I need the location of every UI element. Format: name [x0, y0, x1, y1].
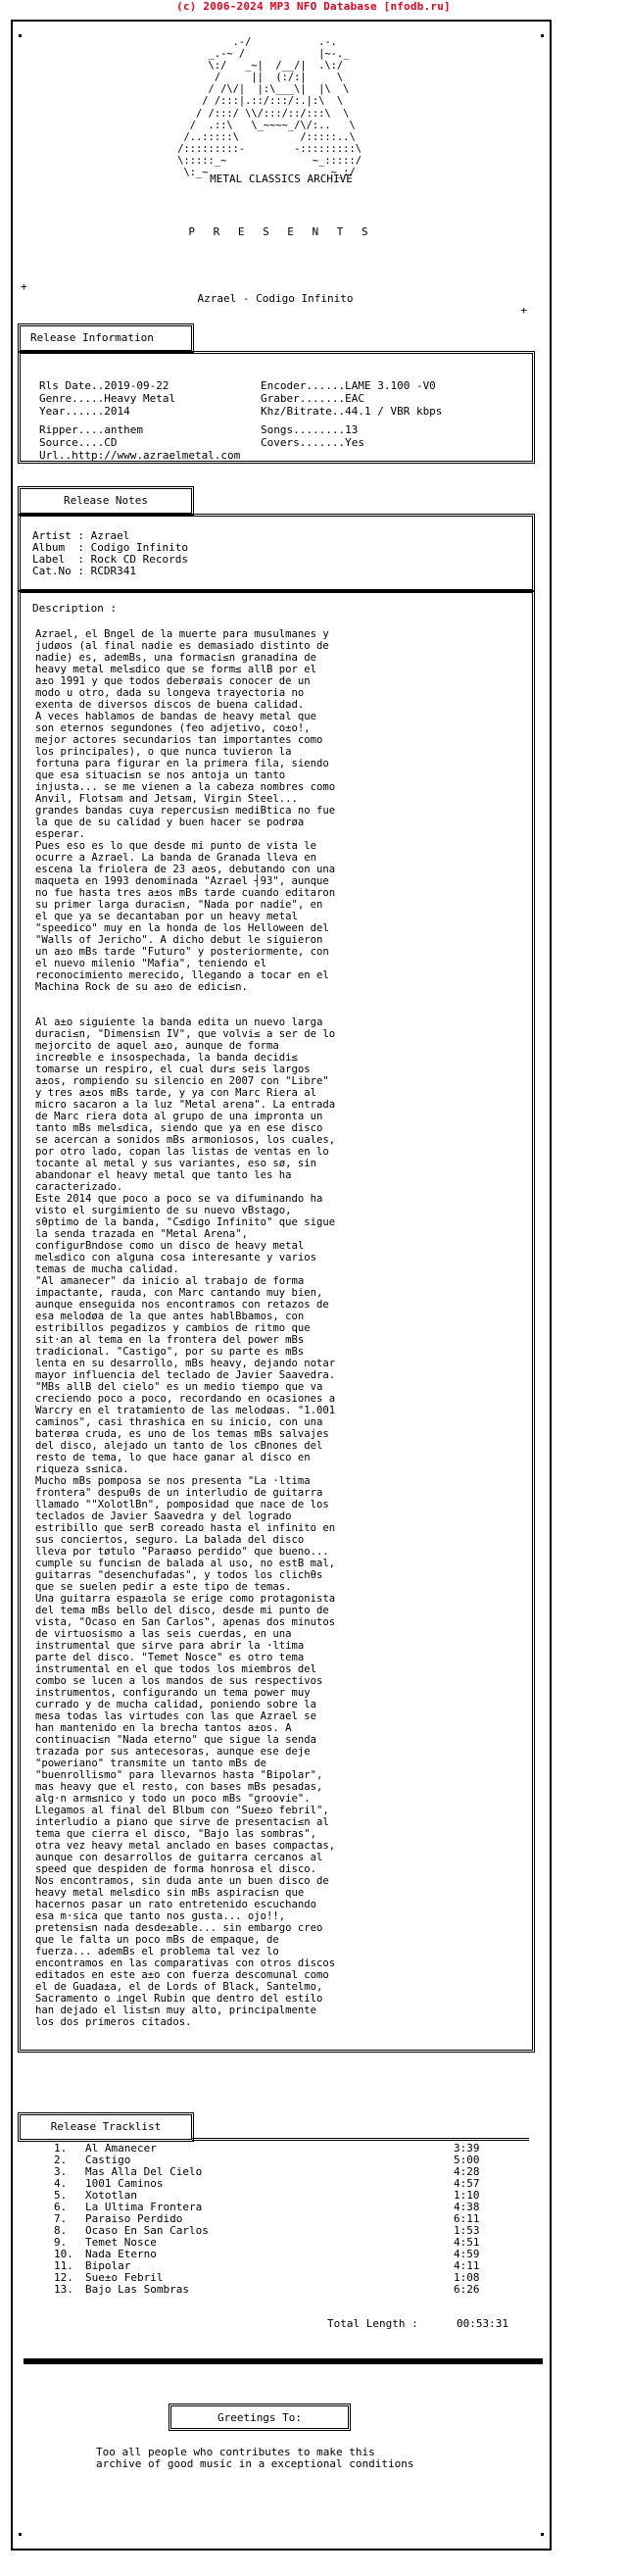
tab-release-information: Release Information: [18, 323, 194, 353]
info-source: Source....CD: [39, 436, 240, 449]
info-genre: Genre.....Heavy Metal: [39, 392, 240, 405]
ascii-logo: .-/ .-. _.-~ / |~-._ \:/ _~| /__/| .\:/ …: [147, 36, 411, 178]
info-graber: Graber.......EAC: [261, 392, 442, 405]
corner-dot-icon: [19, 34, 22, 37]
track-number: 13.: [54, 2284, 73, 2296]
total-length-label: Total Length :: [327, 2317, 418, 2330]
tab-release-tracklist: Release Tracklist: [18, 2112, 194, 2142]
description-text: Azrael, el Bngel de la muerte para musul…: [35, 628, 515, 2028]
presents-heading: P R E S E N T S: [11, 226, 552, 238]
tab-release-notes: Release Notes: [18, 486, 194, 516]
copyright-banner: (c) 2006-2024 MP3 NFO Database [nfodb.ru…: [0, 0, 627, 14]
info-left-column: Rls Date..2019-09-22Genre.....Heavy Meta…: [39, 379, 240, 462]
greetings-label: Greetings To:: [169, 2403, 351, 2431]
title-marker-left: +: [21, 281, 27, 293]
info-songs: Songs........13: [261, 423, 442, 436]
release-notes-meta: Artist : AzraelAlbum : Codigo InfinitoLa…: [32, 530, 188, 577]
tracklist-rule: [192, 2138, 529, 2141]
release-title-row: + Azrael - Codigo Infinito +: [11, 270, 540, 317]
section-divider: [24, 2358, 543, 2364]
total-length-value: 00:53:31: [457, 2317, 508, 2330]
corner-dot-icon: [19, 2533, 22, 2536]
description-label: Description :: [32, 602, 117, 615]
title-marker-right: +: [520, 305, 527, 317]
info-url[interactable]: Url..http://www.azraelmetal.com: [39, 449, 240, 462]
meta-catno: Cat.No : RCDR341: [32, 566, 188, 577]
corner-dot-icon: [541, 34, 544, 37]
greetings-line: archive of good music in a exceptional c…: [96, 2458, 414, 2470]
corner-dot-icon: [541, 2533, 544, 2536]
archive-name: METAL CLASSICS ARCHIVE: [11, 173, 552, 185]
info-year: Year......2014: [39, 405, 240, 418]
info-bitrate: Khz/Bitrate..44.1 / VBR kbps: [261, 405, 442, 418]
info-covers: Covers.......Yes: [261, 436, 442, 449]
track-duration: 6:26: [454, 2284, 480, 2296]
release-title: Azrael - Codigo Infinito: [11, 293, 540, 305]
greetings-text: Too all people who contributes to make t…: [96, 2447, 414, 2470]
info-right-column: Encoder......LAME 3.100 -V0Graber.......…: [261, 379, 442, 449]
info-encoder: Encoder......LAME 3.100 -V0: [261, 379, 442, 392]
track-title: Bajo Las Sombras: [85, 2284, 189, 2296]
info-ripper: Ripper....anthem: [39, 423, 240, 436]
info-rls-date: Rls Date..2019-09-22: [39, 379, 240, 392]
